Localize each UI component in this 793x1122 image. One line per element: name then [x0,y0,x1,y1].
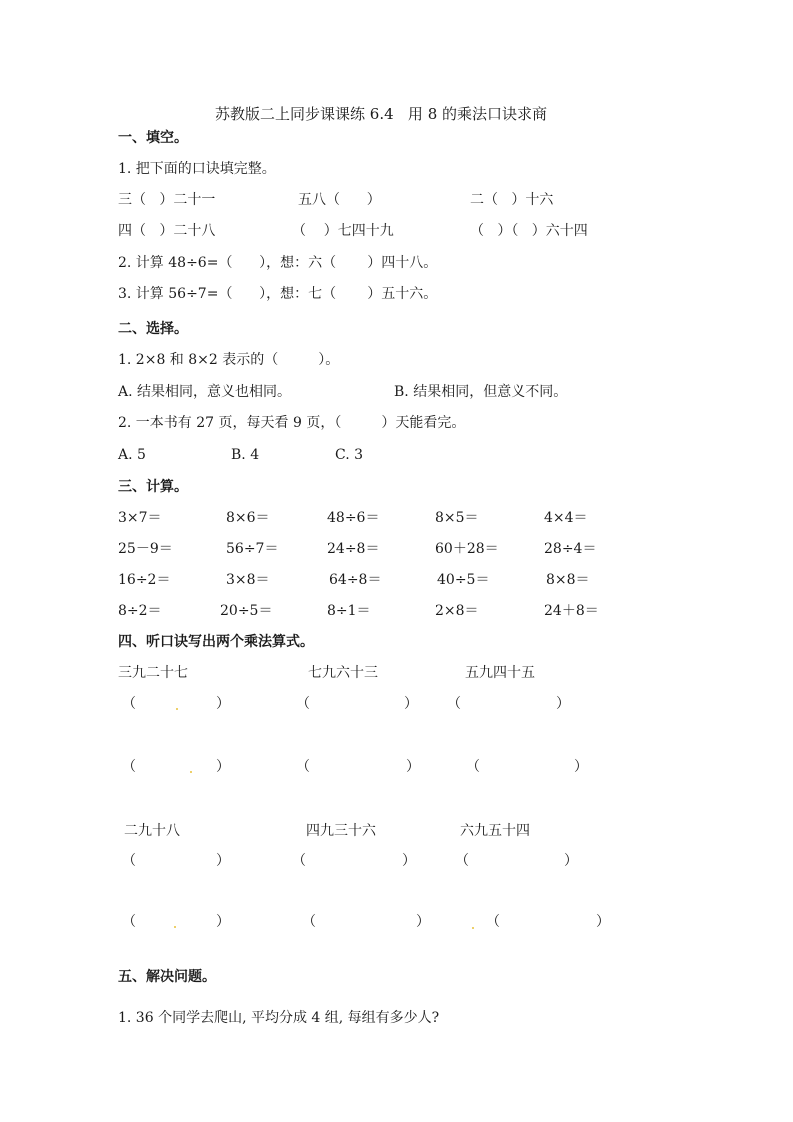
option-2-2-a: A. 5 [118,447,146,463]
calc-item: 8×6＝ [226,510,270,526]
calc-item: 8×8＝ [546,572,590,588]
fill-blank-1c: 二（ ）十六 [470,192,553,208]
rhyme-label: 六九五十四 [460,823,530,839]
fill-blank-1b: 五八（ ） [298,192,381,208]
answer-open-paren: （ [292,853,306,869]
fill-blank-2a: 四（ ）二十八 [118,223,215,239]
rhyme-label: 三九二十七 [118,665,188,681]
answer-open-paren: （ [302,914,316,930]
calc-item: 3×8＝ [226,572,270,588]
answer-open-paren: （ [122,696,136,712]
answer-close-paren: ） [596,914,610,930]
calc-item: 24÷8＝ [327,541,379,557]
scan-dot [472,927,474,929]
answer-close-paren: ） [216,759,230,775]
calc-item: 48÷6＝ [327,510,379,526]
question-2-1: 1. 2×8 和 8×2 表示的（ ）。 [118,352,339,368]
rhyme-label: 二九十八 [124,823,180,839]
fill-blank-1a: 三（ ）二十一 [118,192,215,208]
fill-blank-2b: （ ）七四十九 [292,223,394,239]
section-3-heading: 三、计算。 [118,479,188,495]
rhyme-label: 四九三十六 [306,823,376,839]
calc-item: 8÷1＝ [327,603,371,619]
option-2-2-c: C. 3 [335,447,363,463]
answer-close-paren: ） [216,696,230,712]
calc-item: 3×7＝ [118,510,162,526]
question-1-3: 3. 计算 56÷7=（ ），想：七（ ）五十六。 [118,286,437,302]
answer-close-paren: ） [406,759,420,775]
answer-close-paren: ） [404,696,418,712]
calc-item: 8×5＝ [435,510,479,526]
option-2-2-b: B. 4 [231,447,259,463]
section-1-heading: 一、填空。 [118,130,188,146]
answer-close-paren: ） [216,914,230,930]
calc-item: 40÷5＝ [437,572,489,588]
calc-item: 8÷2＝ [118,603,162,619]
answer-open-paren: （ [455,853,469,869]
answer-open-paren: （ [122,914,136,930]
question-5-1: 1. 36 个同学去爬山, 平均分成 4 组, 每组有多少人? [118,1010,439,1026]
question-2-2: 2. 一本书有 27 页，每天看 9 页，（ ）天能看完。 [118,415,465,431]
answer-open-paren: （ [122,759,136,775]
calc-item: 20÷5＝ [220,603,272,619]
calc-item: 56÷7＝ [226,541,278,557]
calc-item: 64÷8＝ [329,572,381,588]
answer-open-paren: （ [447,696,461,712]
answer-close-paren: ） [574,759,588,775]
section-4-heading: 四、听口诀写出两个乘法算式。 [118,634,314,650]
calc-item: 60＋28＝ [435,541,499,557]
scan-dot [190,771,192,773]
answer-open-paren: （ [122,853,136,869]
answer-close-paren: ） [564,853,578,869]
option-2-1-a: A. 结果相同，意义也相同。 [118,384,291,400]
rhyme-label: 七九六十三 [308,665,378,681]
scan-dot [174,926,176,928]
option-2-1-b: B. 结果相同，但意义不同。 [394,384,567,400]
section-5-heading: 五、解决问题。 [118,969,216,985]
rhyme-label: 五九四十五 [465,665,535,681]
scan-dot [176,708,178,710]
fill-blank-2c: （ ）（ ）六十四 [470,223,588,239]
question-1-2: 2. 计算 48÷6=（ ），想：六（ ）四十八。 [118,255,437,271]
answer-close-paren: ） [402,853,416,869]
calc-item: 2×8＝ [435,603,479,619]
answer-open-paren: （ [296,759,310,775]
calc-item: 25－9＝ [118,541,173,557]
calc-item: 28÷4＝ [544,541,596,557]
answer-open-paren: （ [486,914,500,930]
question-1-1: 1. 把下面的口诀填完整。 [118,161,276,177]
answer-open-paren: （ [296,696,310,712]
answer-open-paren: （ [466,759,480,775]
answer-close-paren: ） [216,853,230,869]
calc-item: 16÷2＝ [118,572,170,588]
answer-close-paren: ） [416,914,430,930]
section-2-heading: 二、选择。 [118,321,188,337]
answer-close-paren: ） [556,696,570,712]
calc-item: 4×4＝ [544,510,588,526]
calc-item: 24＋8＝ [544,603,599,619]
page-title: 苏教版二上同步课课练 6.4 用 8 的乘法口诀求商 [215,106,547,122]
